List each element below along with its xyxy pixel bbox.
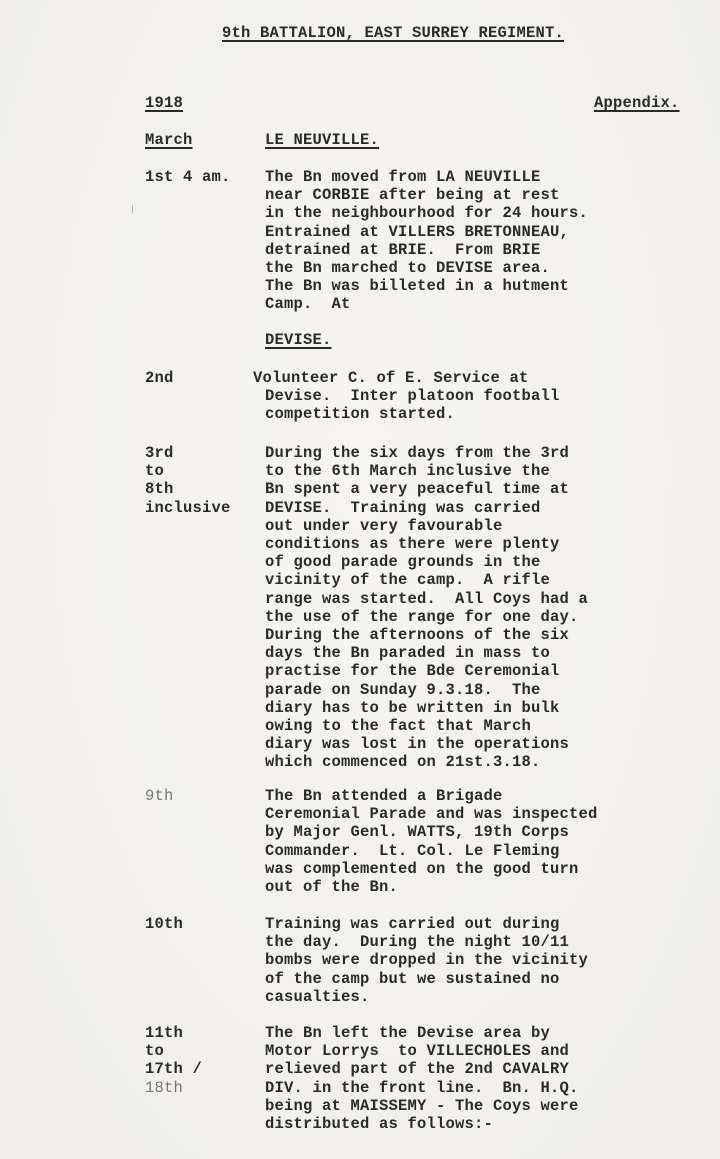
entry-text: Training was carried out during the day.… bbox=[265, 915, 588, 1006]
entry-date: 9th bbox=[145, 787, 174, 805]
entry-text: The Bn moved from LA NEUVILLE near CORBI… bbox=[265, 168, 588, 314]
entry-text: The Bn left the Devise area by Motor Lor… bbox=[265, 1024, 579, 1133]
location-heading-le-neuville: LE NEUVILLE. bbox=[265, 131, 379, 149]
entry-date: 2nd bbox=[145, 369, 174, 387]
entry-date: 11th to 17th / 18th bbox=[145, 1024, 202, 1097]
month-heading: March bbox=[145, 131, 193, 149]
appendix-label: Appendix. bbox=[594, 94, 680, 112]
document-title: 9th BATTALION, EAST SURREY REGIMENT. bbox=[222, 24, 564, 42]
document-page: 9th BATTALION, EAST SURREY REGIMENT. 191… bbox=[0, 0, 720, 1159]
entry-text: Volunteer C. of E. Service at bbox=[253, 369, 529, 387]
paper-mark bbox=[132, 205, 133, 213]
entry-date: 1st 4 am. bbox=[145, 168, 231, 186]
entry-text-cont: Devise. Inter platoon football competiti… bbox=[265, 387, 560, 423]
year-heading: 1918 bbox=[145, 94, 183, 112]
entry-text: The Bn attended a Brigade Ceremonial Par… bbox=[265, 787, 598, 896]
entry-date: 10th bbox=[145, 915, 183, 933]
location-heading-devise: DEVISE. bbox=[265, 331, 332, 349]
entry-date: 3rd to 8th inclusive bbox=[145, 444, 231, 517]
entry-text: During the six days from the 3rd to the … bbox=[265, 444, 588, 772]
